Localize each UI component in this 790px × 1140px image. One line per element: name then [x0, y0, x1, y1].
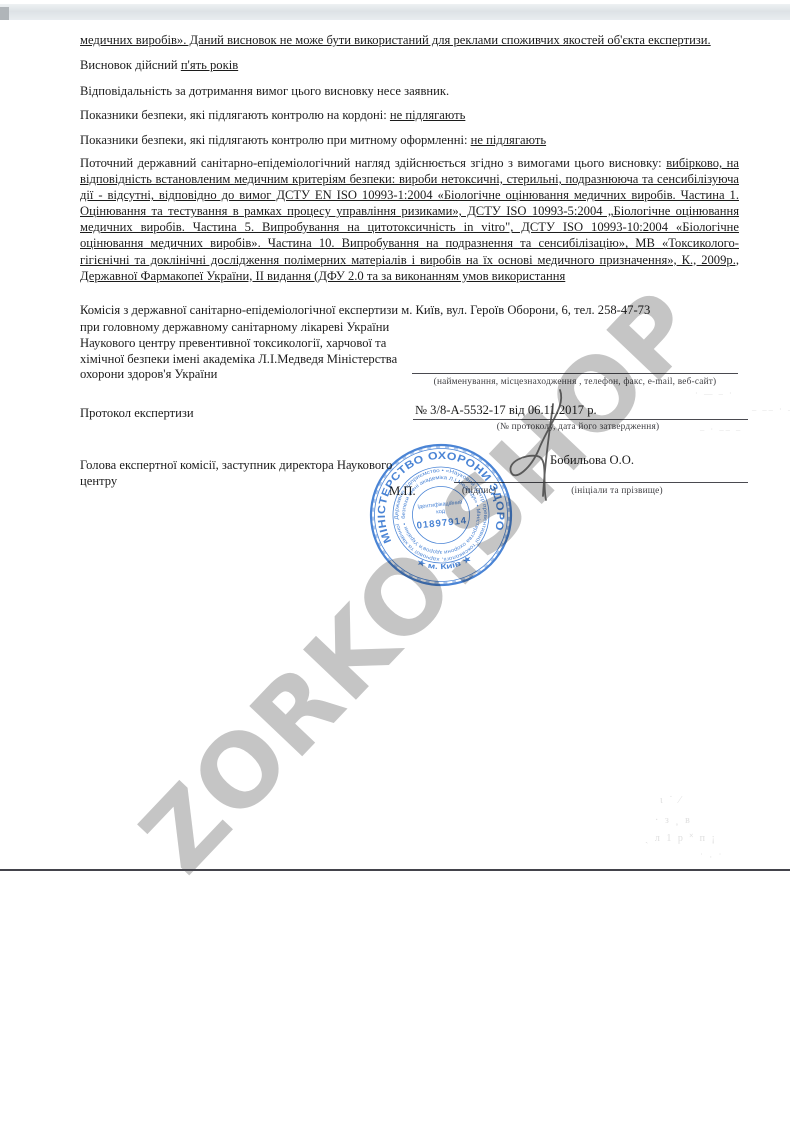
border-control-line: Показники безпеки, які підлягають контро…	[80, 108, 465, 123]
faded-marks-br3: ˏ л 1 р ˟ п ¡	[645, 833, 717, 844]
svg-text:МІНІСТЕРСТВО ОХОРОНИ ЗДОРОВ'Я: МІНІСТЕРСТВО ОХОРОНИ ЗДОРОВ'Я УКРАЇНИ	[366, 440, 508, 547]
bottom-page-rule	[0, 869, 790, 871]
faded-marks-br2: · з ˳ в	[655, 815, 692, 826]
commission-rest: при головному державному санітарному лік…	[80, 320, 425, 383]
ministry-round-stamp: МІНІСТЕРСТВО ОХОРОНИ ЗДОРОВ'Я УКРАЇНИ ★ …	[366, 440, 516, 590]
stamp-outer-ring-text: МІНІСТЕРСТВО ОХОРОНИ ЗДОРОВ'Я УКРАЇНИ	[366, 440, 508, 547]
stamp-id-code: 01897914	[416, 515, 468, 531]
customs-control-value: не підлягають	[471, 133, 546, 147]
scanned-expertise-conclusion-page: медичних виробів». Даний висновок не мож…	[0, 0, 790, 1140]
faded-marks-protocol: – –– · – ––	[752, 404, 790, 414]
faded-marks-br1: ι ˙ ⁄	[660, 795, 683, 806]
customs-control-line: Показники безпеки, які підлягають контро…	[80, 133, 546, 148]
stamp-center-label2: код	[436, 508, 446, 515]
continuation-line-text: медичних виробів». Даний висновок не мож…	[80, 33, 711, 47]
faded-marks-below-protocol: – · –– –	[700, 424, 742, 434]
surveillance-value: вибірково, на відповідність встановленим…	[80, 156, 739, 283]
validity-label: Висновок дійсний	[80, 58, 178, 72]
handwritten-signature	[495, 378, 580, 508]
border-control-label: Показники безпеки, які підлягають контро…	[80, 108, 387, 122]
scan-band-artifact	[0, 4, 790, 20]
commission-line1: Комісія з державної санітарно-епідеміоло…	[80, 303, 650, 318]
continuation-line: медичних виробів». Даний висновок не мож…	[80, 33, 740, 48]
faded-marks-fields: · — – ·	[695, 388, 734, 398]
protocol-label: Протокол експертизи	[80, 406, 194, 421]
scan-edge-artifact	[0, 7, 9, 20]
validity-value: п'ять років	[181, 58, 238, 72]
validity-line: Висновок дійсний п'ять років	[80, 58, 238, 73]
surveillance-label: Поточний державний санітарно-епідеміолог…	[80, 156, 662, 170]
surveillance-paragraph: Поточний державний санітарно-епідеміолог…	[80, 155, 739, 284]
customs-control-label: Показники безпеки, які підлягають контро…	[80, 133, 467, 147]
border-control-value: не підлягають	[390, 108, 465, 122]
responsibility-line: Відповідальність за дотримання вимог цьо…	[80, 84, 449, 99]
faded-marks-br4: ˙ · ˙	[700, 852, 724, 862]
